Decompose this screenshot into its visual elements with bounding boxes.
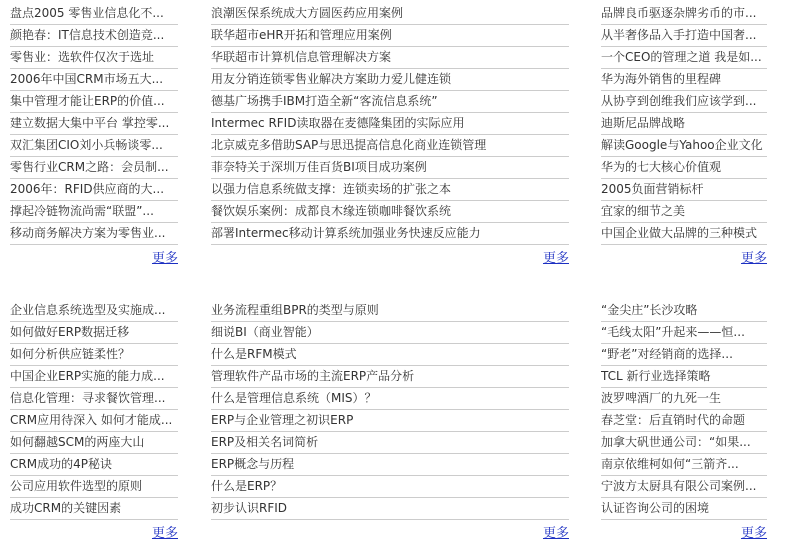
article-links-page: 盘点2005 零售业信息化不...颜艳春：IT信息技术创造竞...零售业：选软件…	[0, 0, 809, 551]
more-row: 更多	[601, 520, 767, 540]
article-link[interactable]: 零售业：选软件仅次于选址	[10, 47, 178, 69]
article-link[interactable]: 双汇集团CIO刘小兵畅谈零...	[10, 135, 178, 157]
article-link[interactable]: 华为海外销售的里程碑	[601, 69, 767, 91]
more-link[interactable]: 更多	[152, 526, 178, 541]
article-link[interactable]: 初步认识RFID	[211, 498, 569, 520]
article-link[interactable]: 如何分析供应链柔性？	[10, 344, 178, 366]
more-row: 更多	[211, 520, 569, 540]
article-link[interactable]: 什么是管理信息系统（MIS）？	[211, 388, 569, 410]
article-link[interactable]: 细说BI（商业智能）	[211, 322, 569, 344]
article-link[interactable]: 部署Intermec移动计算系统加强业务快速反应能力	[211, 223, 569, 245]
article-link[interactable]: 公司应用软件选型的原则	[10, 476, 178, 498]
article-link[interactable]: 华为的七大核心价值观	[601, 157, 767, 179]
article-link[interactable]: 建立数据大集中平台 掌控零...	[10, 113, 178, 135]
article-list: 品牌良币驱逐杂牌劣币的市...从半奢侈品入手打造中国奢...一个CEO的管理之道…	[601, 3, 767, 245]
article-link[interactable]: 南京依维柯如何“三箭齐...	[601, 454, 767, 476]
more-link[interactable]: 更多	[741, 526, 767, 541]
article-link[interactable]: 餐饮娱乐案例：成都良木缘连锁咖啡餐饮系统	[211, 201, 569, 223]
article-link[interactable]: 如何做好ERP数据迁移	[10, 322, 178, 344]
article-link[interactable]: 中国企业做大品牌的三种模式	[601, 223, 767, 245]
article-link[interactable]: Intermec RFID读取器在麦德隆集团的实际应用	[211, 113, 569, 135]
article-link[interactable]: 品牌良币驱逐杂牌劣币的市...	[601, 3, 767, 25]
more-row: 更多	[211, 245, 569, 265]
article-list: 企业信息系统选型及实施成...如何做好ERP数据迁移如何分析供应链柔性？中国企业…	[10, 300, 178, 520]
article-link[interactable]: ERP概念与历程	[211, 454, 569, 476]
article-section-bottom-left: 企业信息系统选型及实施成...如何做好ERP数据迁移如何分析供应链柔性？中国企业…	[10, 300, 178, 540]
article-link[interactable]: 以强力信息系统做支撑：连锁卖场的扩张之本	[211, 179, 569, 201]
more-link[interactable]: 更多	[543, 526, 569, 541]
article-section-top-left: 盘点2005 零售业信息化不...颜艳春：IT信息技术创造竞...零售业：选软件…	[10, 3, 178, 265]
article-link[interactable]: 企业信息系统选型及实施成...	[10, 300, 178, 322]
article-list: “金尖庄”长沙攻略“毛线太阳”升起来——恒...“野老”对经销商的选择...TC…	[601, 300, 767, 520]
article-link[interactable]: 波罗啤酒厂的九死一生	[601, 388, 767, 410]
article-link[interactable]: “野老”对经销商的选择...	[601, 344, 767, 366]
article-link[interactable]: 联华超市eHR开拓和管理应用案例	[211, 25, 569, 47]
article-link[interactable]: 北京威克多借助SAP与思迅提高信息化商业连锁管理	[211, 135, 569, 157]
article-link[interactable]: 春芝堂：后直销时代的命题	[601, 410, 767, 432]
article-link[interactable]: “毛线太阳”升起来——恒...	[601, 322, 767, 344]
article-link[interactable]: 业务流程重组BPR的类型与原则	[211, 300, 569, 322]
article-link[interactable]: 什么是ERP？	[211, 476, 569, 498]
article-link[interactable]: CRM应用待深入 如何才能成...	[10, 410, 178, 432]
article-link[interactable]: 宜家的细节之美	[601, 201, 767, 223]
article-link[interactable]: 认证咨询公司的困境	[601, 498, 767, 520]
article-link[interactable]: 信息化管理：寻求餐饮管理...	[10, 388, 178, 410]
more-row: 更多	[10, 245, 178, 265]
article-link[interactable]: 2006年中国CRM市场五大...	[10, 69, 178, 91]
article-link[interactable]: 迪斯尼品牌战略	[601, 113, 767, 135]
article-link[interactable]: 从协亨到创维我们应该学到...	[601, 91, 767, 113]
article-link[interactable]: CRM成功的4P秘诀	[10, 454, 178, 476]
article-link[interactable]: 加拿大矾世通公司：“如果...	[601, 432, 767, 454]
more-link[interactable]: 更多	[543, 251, 569, 266]
article-link[interactable]: 中国企业ERP实施的能力成...	[10, 366, 178, 388]
article-link[interactable]: ERP与企业管理之初识ERP	[211, 410, 569, 432]
article-link[interactable]: ERP及相关名词简析	[211, 432, 569, 454]
article-link[interactable]: 浪潮医保系统成大方圆医药应用案例	[211, 3, 569, 25]
article-link[interactable]: 管理软件产品市场的主流ERP产品分析	[211, 366, 569, 388]
article-link[interactable]: 盘点2005 零售业信息化不...	[10, 3, 178, 25]
article-link[interactable]: 如何翻越SCM的两座大山	[10, 432, 178, 454]
article-section-top-right: 品牌良币驱逐杂牌劣币的市...从半奢侈品入手打造中国奢...一个CEO的管理之道…	[601, 3, 767, 265]
article-link[interactable]: 宁波方太厨具有限公司案例...	[601, 476, 767, 498]
article-link[interactable]: 用友分销连锁零售业解决方案助力爱儿健连锁	[211, 69, 569, 91]
article-section-bottom-middle: 业务流程重组BPR的类型与原则细说BI（商业智能）什么是RFM模式管理软件产品市…	[211, 300, 569, 540]
article-link[interactable]: 颜艳春：IT信息技术创造竞...	[10, 25, 178, 47]
article-list: 浪潮医保系统成大方圆医药应用案例联华超市eHR开拓和管理应用案例华联超市计算机信…	[211, 3, 569, 245]
article-link[interactable]: 移动商务解决方案为零售业...	[10, 223, 178, 245]
article-section-top-middle: 浪潮医保系统成大方圆医药应用案例联华超市eHR开拓和管理应用案例华联超市计算机信…	[211, 3, 569, 265]
article-link[interactable]: 德基广场携手IBM打造全新“客流信息系统”	[211, 91, 569, 113]
article-list: 盘点2005 零售业信息化不...颜艳春：IT信息技术创造竞...零售业：选软件…	[10, 3, 178, 245]
article-link[interactable]: 撑起冷链物流尚需“联盟”...	[10, 201, 178, 223]
article-link[interactable]: “金尖庄”长沙攻略	[601, 300, 767, 322]
article-link[interactable]: 一个CEO的管理之道 我是如...	[601, 47, 767, 69]
more-link[interactable]: 更多	[152, 251, 178, 266]
article-link[interactable]: 成功CRM的关键因素	[10, 498, 178, 520]
article-link[interactable]: 什么是RFM模式	[211, 344, 569, 366]
article-link[interactable]: 2005负面营销标杆	[601, 179, 767, 201]
article-link[interactable]: 2006年：RFID供应商的大...	[10, 179, 178, 201]
more-row: 更多	[10, 520, 178, 540]
article-link[interactable]: TCL 新行业选择策略	[601, 366, 767, 388]
more-row: 更多	[601, 245, 767, 265]
more-link[interactable]: 更多	[741, 251, 767, 266]
article-section-bottom-right: “金尖庄”长沙攻略“毛线太阳”升起来——恒...“野老”对经销商的选择...TC…	[601, 300, 767, 540]
article-link[interactable]: 菲奈特关于深圳万佳百货BI项目成功案例	[211, 157, 569, 179]
article-link[interactable]: 解读Google与Yahoo企业文化	[601, 135, 767, 157]
article-list: 业务流程重组BPR的类型与原则细说BI（商业智能）什么是RFM模式管理软件产品市…	[211, 300, 569, 520]
article-link[interactable]: 集中管理才能让ERP的价值...	[10, 91, 178, 113]
article-link[interactable]: 从半奢侈品入手打造中国奢...	[601, 25, 767, 47]
article-link[interactable]: 零售行业CRM之路：会员制...	[10, 157, 178, 179]
article-link[interactable]: 华联超市计算机信息管理解决方案	[211, 47, 569, 69]
